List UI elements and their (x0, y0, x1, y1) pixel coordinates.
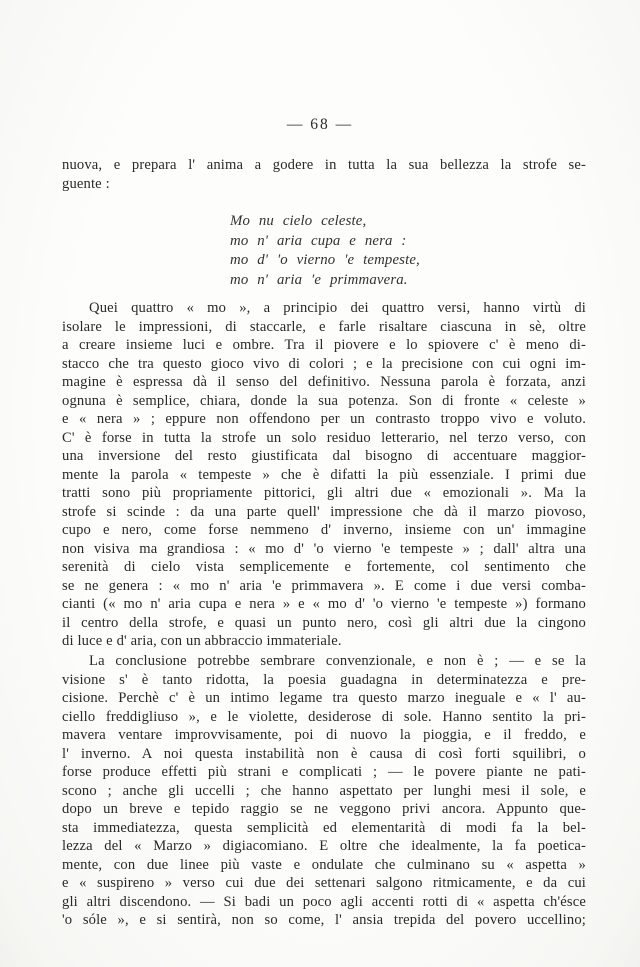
main-paragraph-line: una inversione del resto giustificata da… (62, 447, 586, 466)
conclusion-paragraph-line: 'o sóle », e si sentirà, non so come, l'… (62, 911, 586, 930)
verse-line: Mo nu cielo celeste, (230, 212, 586, 232)
main-paragraph-line: tratti sono più propriamente pittorici, … (62, 484, 586, 503)
conclusion-paragraph-line: visione s' è tanto ridotta, la poesia gu… (62, 671, 586, 690)
book-page-scan: — 68 — nuova, e prepara l' anima a goder… (0, 0, 640, 967)
main-paragraph-line: cupo e nero, come forse nemmeno d' inver… (62, 521, 586, 540)
conclusion-paragraph-line: sta immediatezza, questa semplicità ed e… (62, 819, 586, 838)
conclusion-paragraph-line: dopo un breve e tepido raggio se ne vegg… (62, 800, 586, 819)
main-paragraph-line: di luce e d' aria, con un abbraccio imma… (62, 632, 586, 651)
main-paragraph-line: a creare insieme luci e ombre. Tra il pi… (62, 336, 586, 355)
main-paragraph-line: serenità di cielo vista semplicemente e … (62, 558, 586, 577)
intro-line: nuova, e prepara l' anima a godere in tu… (62, 156, 586, 175)
conclusion-paragraph-line: mente, con due linee più vaste e ondulat… (62, 856, 586, 875)
verse-line: mo n' aria cupa e nera : (230, 232, 586, 252)
main-paragraph-line: strofe si scinde : da una parte quell' i… (62, 503, 586, 522)
main-paragraph-line: mente la parola « tempeste » che è difat… (62, 466, 586, 485)
main-paragraph-line: isolare le impressioni, di staccarle, e … (62, 318, 586, 337)
main-paragraph-line: cianti (« mo n' aria cupa e nera » e « m… (62, 595, 586, 614)
conclusion-paragraph-line: lezza del « Marzo » digiacomiano. E oltr… (62, 837, 586, 856)
main-paragraph-line: Quei quattro « mo », a principio dei qua… (62, 299, 586, 318)
page-number: — 68 — (0, 116, 640, 134)
intro-paragraph: nuova, e prepara l' anima a godere in tu… (62, 156, 586, 193)
main-paragraph-line: il centro della strofe, e quasi un punto… (62, 614, 586, 633)
main-paragraph: Quei quattro « mo », a principio dei qua… (62, 299, 586, 651)
conclusion-paragraph-line: scono ; anche gli uccelli ; che hanno as… (62, 782, 586, 801)
conclusion-paragraph-line: mavera ventare improvvisamente, poi di n… (62, 726, 586, 745)
conclusion-paragraph-line: gli altri discendono. — Si badi un poco … (62, 893, 586, 912)
conclusion-paragraph-line: e « suspireno » verso cui due dei setten… (62, 874, 586, 893)
verse-line: mo d' 'o vierno 'e tempeste, (230, 251, 586, 271)
conclusion-paragraph-line: l' inverno. A noi questa instabilità non… (62, 745, 586, 764)
verse-quote: Mo nu cielo celeste,mo n' aria cupa e ne… (62, 212, 586, 290)
conclusion-paragraph-line: cisione. Perchè c' è un intimo legame tr… (62, 689, 586, 708)
verse-line: mo n' aria 'e primmavera. (230, 271, 586, 291)
main-paragraph-line: e « nera » ; eppure non offendono per un… (62, 410, 586, 429)
main-paragraph-line: ognuna è semplice, chiara, donde la sua … (62, 392, 586, 411)
conclusion-paragraph-line: forse produce effetti più strani e compl… (62, 763, 586, 782)
main-paragraph-line: magine è espressa dà il senso del defini… (62, 373, 586, 392)
conclusion-paragraph: La conclusione potrebbe sembrare convenz… (62, 652, 586, 930)
conclusion-paragraph-line: ciello freddigliuso », e le violette, de… (62, 708, 586, 727)
conclusion-paragraph-line: La conclusione potrebbe sembrare convenz… (62, 652, 586, 671)
main-paragraph-line: stacco che tra questo gioco vivo di colo… (62, 355, 586, 374)
main-paragraph-line: se ne genera : « mo n' aria 'e primmaver… (62, 577, 586, 596)
main-paragraph-line: C' è forse in tutta la strofe un solo re… (62, 429, 586, 448)
intro-line: guente : (62, 175, 586, 194)
main-paragraph-line: non visiva ma grandiosa : « mo d' 'o vie… (62, 540, 586, 559)
